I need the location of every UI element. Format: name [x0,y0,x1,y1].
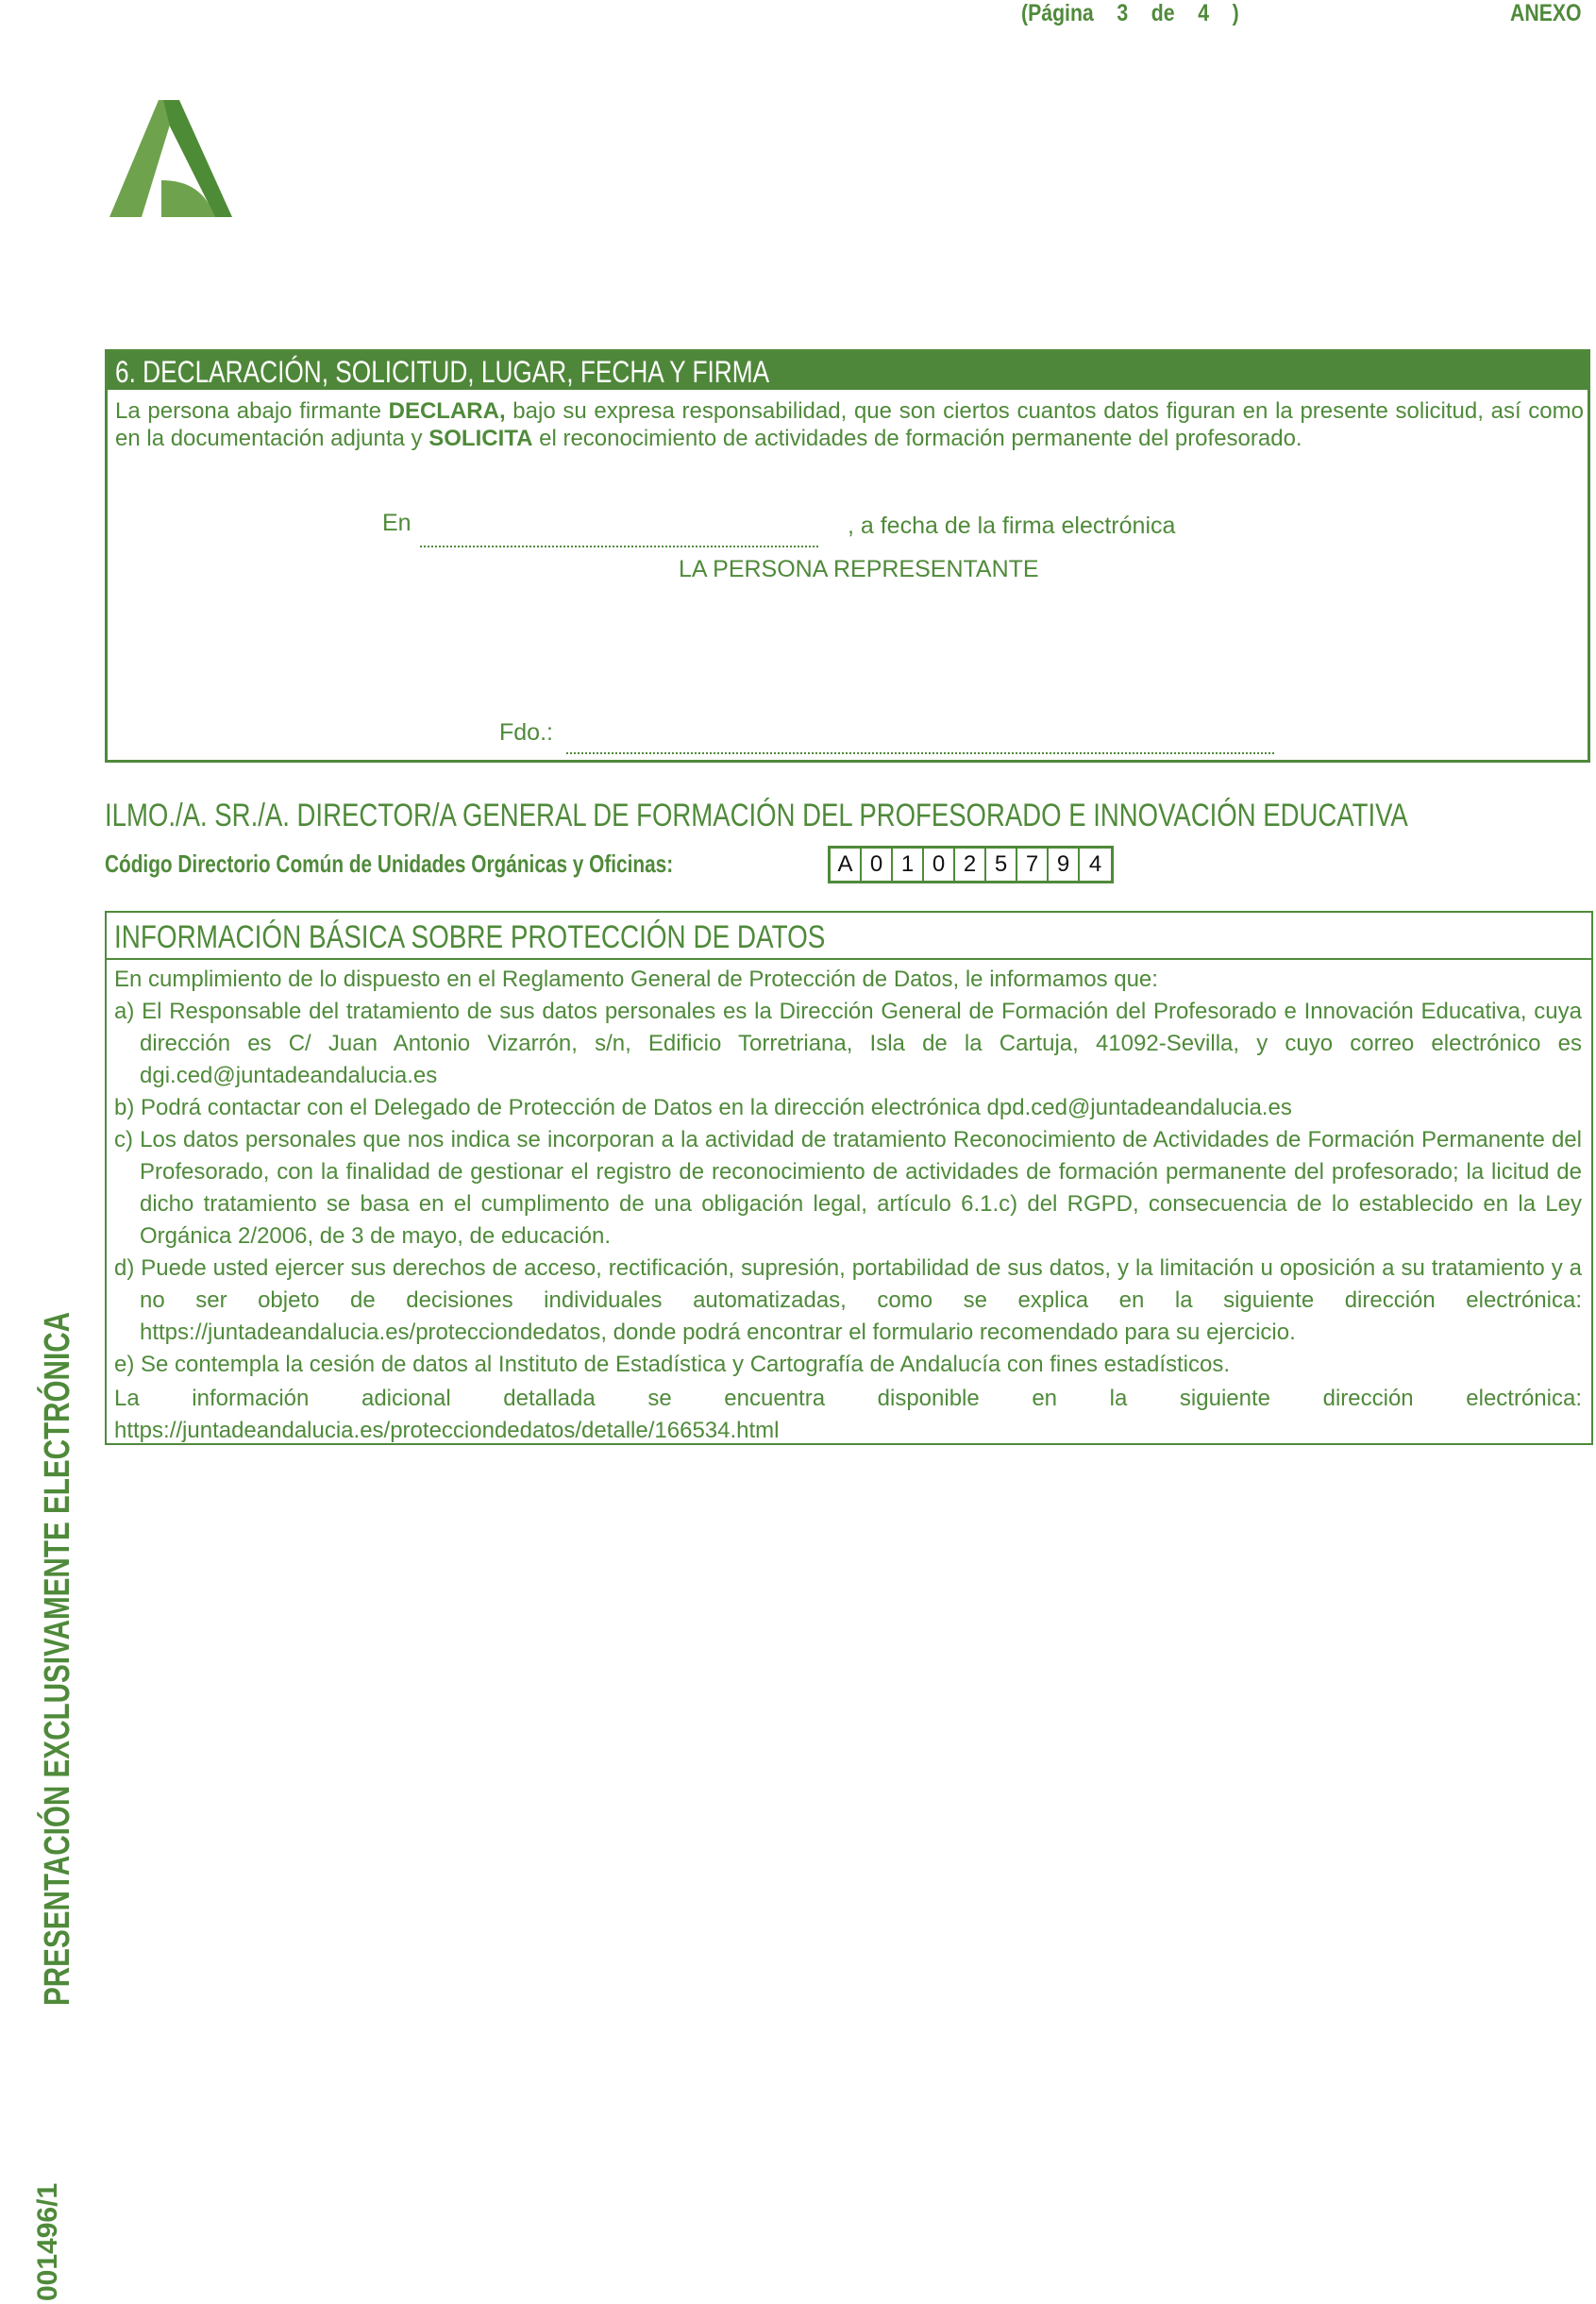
code-char-box: 1 [893,849,924,881]
signer-role: LA PERSONA REPRESENTANTE [679,556,1039,583]
code-char-box: 5 [986,849,1017,881]
page-of: de [1151,0,1175,27]
data-protection-item: d) Puede usted ejercer sus derechos de a… [114,1253,1582,1349]
form-code-label: 001496/1 [32,2183,64,2301]
data-protection-title: INFORMACIÓN BÁSICA SOBRE PROTECCIÓN DE D… [107,913,1591,960]
code-char-box: 2 [955,849,986,881]
annex-label: ANEXO [1510,0,1582,27]
page-prefix: (Página [1021,0,1094,27]
electronic-submission-label: PRESENTACIÓN EXCLUSIVAMENTE ELECTRÓNICA [38,1117,78,2006]
data-protection-additional: La información adicional detallada se en… [114,1383,1582,1447]
code-char-box: 0 [924,849,955,881]
directory-code-boxes: A01025794 [828,846,1114,883]
date-text: , a fecha de la firma electrónica [848,513,1175,540]
code-char-box: 9 [1049,849,1080,881]
addressee-title: ILMO./A. SR./A. DIRECTOR/A GENERAL DE FO… [105,798,1596,834]
data-protection-item: e) Se contempla la cesión de datos al In… [114,1349,1582,1381]
declaration-text: La persona abajo firmante DECLARA, bajo … [115,397,1584,452]
page-total: 4 [1198,0,1209,27]
signed-label: Fdo.: [499,719,553,747]
data-protection-item: b) Podrá contactar con el Delegado de Pr… [114,1092,1582,1124]
place-field[interactable] [420,546,818,547]
junta-andalucia-logo-icon [109,100,236,219]
signature-field[interactable] [566,752,1274,754]
page-suffix: ) [1233,0,1239,27]
section-title: 6. DECLARACIÓN, SOLICITUD, LUGAR, FECHA … [108,352,1588,390]
directory-code-label: Código Directorio Común de Unidades Orgá… [105,849,815,879]
page-current: 3 [1117,0,1128,27]
data-protection-section: INFORMACIÓN BÁSICA SOBRE PROTECCIÓN DE D… [105,911,1593,1445]
page-indicator: (Página 3 de 4 ) [1021,0,1239,27]
data-protection-intro: En cumplimiento de lo dispuesto en el Re… [114,964,1582,996]
data-protection-item: c) Los datos personales que nos indica s… [114,1124,1582,1253]
code-char-box: 7 [1017,849,1049,881]
code-char-box: 0 [862,849,893,881]
code-char-box: 4 [1080,849,1111,881]
data-protection-item: a) El Responsable del tratamiento de sus… [114,996,1582,1092]
code-char-box: A [831,849,862,881]
place-label: En [382,510,412,537]
